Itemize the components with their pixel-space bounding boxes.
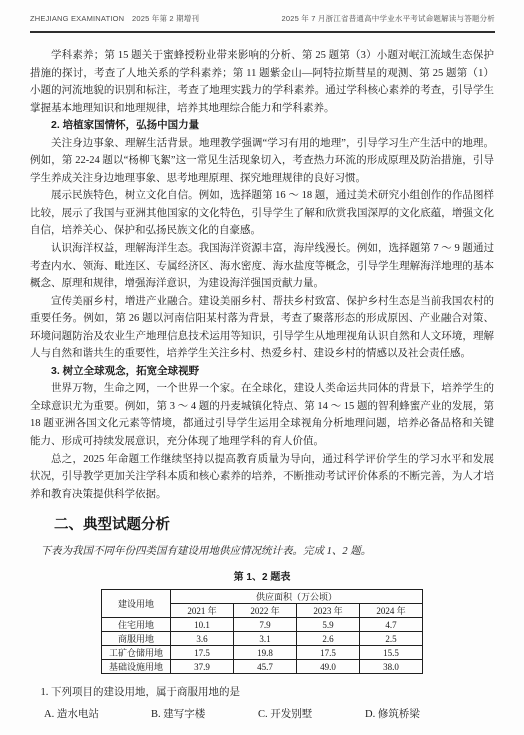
table-cell: 38.0: [360, 660, 423, 674]
question-1-stem: 1. 下列项目的建设用地，属于商服用地的是: [30, 685, 494, 701]
subheading-3: 3. 树立全球观念，拓宽全球视野: [30, 363, 494, 381]
option-d: D. 修筑桥梁: [365, 706, 494, 721]
table-cell: 19.8: [234, 646, 297, 660]
option-c: C. 开发别墅: [258, 706, 365, 721]
table-row: 住宅用地 10.1 7.9 5.9 4.7: [102, 618, 423, 632]
table-cell: 4.7: [360, 618, 423, 632]
table-cell: 15.5: [360, 646, 423, 660]
issue-title: 2025 年 7 月浙江省普通高中学业水平考试命题解读与答题分析: [281, 13, 495, 24]
subheading-2: 2. 培植家国情怀，弘扬中国力量: [30, 117, 494, 135]
table-cell: 10.1: [171, 618, 234, 632]
body-paragraph: 认识海洋权益，理解海洋生态。我国海洋资源丰富，海岸线漫长。例如，选择题第 7 ～…: [30, 240, 494, 293]
row-label: 住宅用地: [102, 618, 171, 632]
body-paragraph: 宣传美丽乡村，增进产业融合。建设美丽乡村、帮扶乡村致富、保护乡村生态是当前我国农…: [30, 293, 494, 363]
option-a: A. 造水电站: [44, 706, 151, 721]
table-cell: 2.5: [360, 632, 423, 646]
table-group-header: 供应面积（万公顷）: [171, 590, 423, 604]
question-intro: 下表为我国不同年份四类国有建设用地供应情况统计表。完成 1、2 题。: [30, 544, 494, 560]
question-1-options: A. 造水电站 B. 建写字楼 C. 开发别墅 D. 修筑桥梁: [30, 706, 494, 721]
table-caption: 第 1、2 题表: [30, 568, 494, 583]
body-paragraph: 关注身边事象、理解生活背景。地理教学强调“学习有用的地理”，引导学习生产生活中的…: [30, 135, 494, 188]
table-cell: 3.1: [234, 632, 297, 646]
table-cell: 17.5: [297, 646, 360, 660]
body-paragraph: 学科素养；第 15 题关于蜜蜂授粉业带来影响的分析、第 25 题第（3）小题对岷…: [30, 47, 494, 117]
table-cell: 2.6: [297, 632, 360, 646]
table-cell: 37.9: [171, 660, 234, 674]
typical-questions-section: 二、典型试题分析 下表为我国不同年份四类国有建设用地供应情况统计表。完成 1、2…: [30, 509, 494, 721]
table-cell: 3.6: [171, 632, 234, 646]
row-label: 工矿仓储用地: [102, 646, 171, 660]
year-header: 2021 年: [171, 604, 234, 618]
table-row: 基础设施用地 37.9 45.7 49.0 38.0: [102, 660, 423, 674]
table-cell: 17.5: [171, 646, 234, 660]
table-cell: 49.0: [297, 660, 360, 674]
body-paragraph: 世界万物，生命之网，一个世界一个家。在全球化，建设人类命运共同体的背景下，培养学…: [30, 380, 494, 450]
running-head: ZHEJIANG EXAMINATION 2025 年第 2 期增刊 2025 …: [30, 13, 495, 24]
table-header-row: 建设用地 供应面积（万公顷）: [102, 590, 423, 604]
year-header: 2022 年: [234, 604, 297, 618]
table-cell: 45.7: [234, 660, 297, 674]
table-row: 商服用地 3.6 3.1 2.6 2.5: [102, 632, 423, 646]
table-cell: 7.9: [234, 618, 297, 632]
journal-title: ZHEJIANG EXAMINATION 2025 年第 2 期增刊: [30, 13, 199, 24]
section-title: 二、典型试题分析: [30, 513, 494, 534]
document-page: ZHEJIANG EXAMINATION 2025 年第 2 期增刊 2025 …: [0, 0, 524, 735]
table-corner-header: 建设用地: [102, 590, 171, 618]
year-header: 2023 年: [297, 604, 360, 618]
header-divider: [30, 31, 495, 33]
body-paragraph: 展示民族特色，树立文化自信。例如，选择题第 16 ～ 18 题，通过美术研究小组…: [30, 187, 494, 240]
body-paragraph: 总之，2025 年命题工作继续坚持以提高教育质量为导向，通过科学评价学生的学习水…: [30, 451, 494, 504]
table-cell: 5.9: [297, 618, 360, 632]
table-row: 工矿仓储用地 17.5 19.8 17.5 15.5: [102, 646, 423, 660]
row-label: 基础设施用地: [102, 660, 171, 674]
year-header: 2024 年: [360, 604, 423, 618]
option-b: B. 建写字楼: [151, 706, 258, 721]
article-body: 学科素养；第 15 题关于蜜蜂授粉业带来影响的分析、第 25 题第（3）小题对岷…: [30, 47, 494, 503]
land-supply-table: 建设用地 供应面积（万公顷） 2021 年 2022 年 2023 年 2024…: [101, 589, 423, 674]
row-label: 商服用地: [102, 632, 171, 646]
